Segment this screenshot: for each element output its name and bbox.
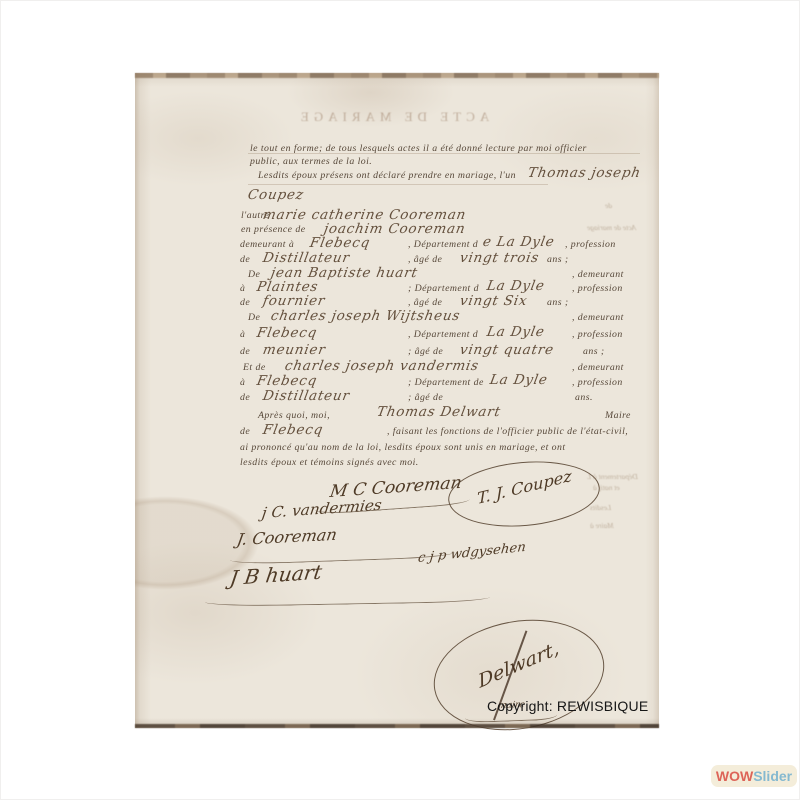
printed-text: Après quoi, moi, [258,410,330,421]
handwritten-text: fournier [262,293,327,309]
printed-text: demeurant à [240,239,294,250]
handwritten-text: La Dyle [486,324,546,340]
signature-delwart-oval: Delwart, [425,607,613,743]
document-line: àFlebecq, Département dLa Dyle, professi… [135,329,659,343]
printed-text: public, aux termes de la loi. [250,156,372,167]
document-line: le tout en forme; de tous lesquels actes… [135,143,659,157]
bleed-through-fragment: de [605,201,612,210]
document-line: demeurant àFlebecq, Département de La Dy… [135,239,659,253]
handwritten-text: Flebecq [256,373,319,389]
printed-text: , profession [572,329,623,340]
handwritten-text: meunier [262,342,327,358]
printed-text: à [240,283,245,294]
printed-text: , demeurant [572,362,624,373]
bleed-through-title: ACTE DE MARIAGE [270,109,515,125]
printed-text: Et de [243,362,266,373]
handwritten-text: Distillateur [262,250,351,266]
handwritten-text: Flebecq [309,235,372,251]
document-line: Coupez [135,187,659,201]
printed-text: Maire [605,410,631,421]
signature-jb-huart: J B huart [228,560,323,590]
printed-text: ans ; [583,346,605,357]
printed-text: , demeurant [572,312,624,323]
handwritten-text: La Dyle [486,278,546,294]
printed-text: , profession [572,283,623,294]
printed-text: ; âgé de [408,392,443,403]
document-line: deFlebecq, faisant les fonctions de l'of… [135,426,659,440]
wow-label: WOW [716,768,753,784]
printed-text: de [240,426,250,437]
printed-text: ans ; [547,297,569,308]
printed-text: de [240,297,250,308]
document-line: Decharles joseph Wijtsheus, demeurant [135,312,659,326]
printed-text: de [240,254,250,265]
document-line: àFlebecq; Département deLa Dyle, profess… [135,377,659,391]
bleed-through-rule [248,153,640,154]
wowslider-watermark[interactable]: WOWSlider [711,765,797,787]
handwritten-text: La Dyle [489,372,549,388]
printed-text: , faisant les fonctions de l'officier pu… [387,426,628,437]
handwritten-text: Flebecq [262,422,325,438]
handwritten-text: charles joseph vandermis [284,358,481,374]
document-line: Dejean Baptiste huart, demeurant [135,269,659,283]
document-scan: ACTE DE MARIAGE le tout en forme; de tou… [135,73,659,728]
signature-tj-coupez: T. J. Coupez [477,466,572,508]
bleed-through-fragment: Lesdits [590,503,611,512]
document-line: Et decharles joseph vandermis, demeurant [135,362,659,376]
document-line: Lesdits époux présens ont déclaré prendr… [135,170,659,184]
printed-text: De [248,312,260,323]
printed-text: lesdits époux et témoins signés avec moi… [240,457,419,468]
handwritten-text: Thomas Delwart [376,404,503,420]
document-line: ai prononcé qu'au nom de la loi, lesdits… [135,442,659,456]
slider-label: Slider [753,768,792,784]
printed-text: de [240,392,250,403]
signature-flourish [205,592,490,607]
printed-text: , Département d [408,329,478,340]
copyright-text: Copyright: REWISBIQUE [487,698,648,714]
handwritten-text: Distillateur [262,388,351,404]
printed-text: de [240,346,250,357]
printed-text: ai prononcé qu'au nom de la loi, lesdits… [240,442,566,453]
document-line: Après quoi, moi,Thomas DelwartMaire [135,410,659,424]
printed-text: , profession [565,239,616,250]
printed-text: , âgé de [408,297,442,308]
handwritten-text: vingt trois [459,250,541,266]
handwritten-text: vingt Six [459,293,529,309]
handwritten-text: e La Dyle [482,234,556,250]
signature-j-cooreman: J. Cooreman [235,525,338,549]
printed-text: ans ; [547,254,569,265]
handwritten-text: vingt quatre [459,342,556,358]
printed-text: à [240,329,245,340]
signature-delwart: Delwart, [476,637,560,692]
bleed-through-fragment: Département à L [587,472,638,481]
bleed-through-fragment: Acte de mariage [587,223,636,232]
bleed-through-fragment: et natif à [593,483,620,492]
document-line: en présence dejoachim Cooreman [135,224,659,238]
handwritten-text: Flebecq [256,325,319,341]
printed-text: Lesdits époux présens ont déclaré prendr… [258,170,516,181]
document-line: àPlaintes; Département dLa Dyle, profess… [135,283,659,297]
handwritten-text: Coupez [247,187,306,203]
printed-text: , Département d [408,239,478,250]
bleed-through-fragment: Maire à [590,521,614,530]
printed-text: , âgé de [408,254,442,265]
printed-text: ans. [575,392,593,403]
page-background: ACTE DE MARIAGE le tout en forme; de tou… [0,0,800,800]
printed-text: ; âgé de [408,346,443,357]
printed-text: , profession [572,377,623,388]
printed-text: , demeurant [572,269,624,280]
printed-text: ; Département de [408,377,484,388]
printed-text: à [240,377,245,388]
handwritten-text: charles joseph Wijtsheus [270,308,462,324]
handwritten-text: Thomas joseph [527,165,643,181]
printed-text: en présence de [241,224,306,235]
bleed-through-rule [248,184,548,185]
